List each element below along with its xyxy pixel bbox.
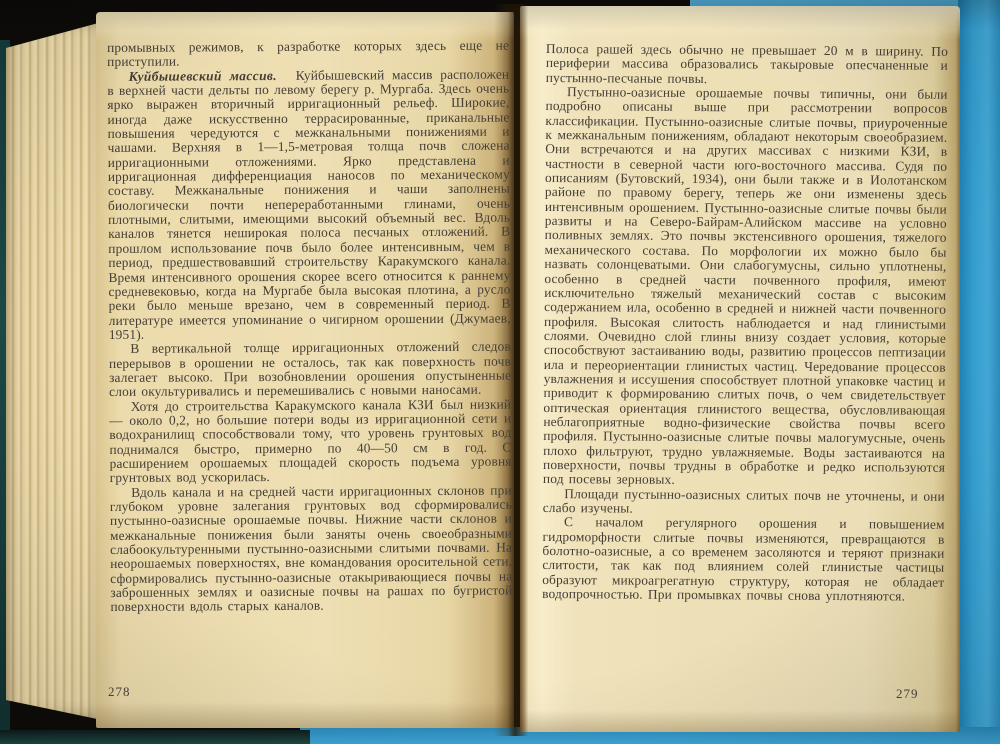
paragraph: В вертикальной толще ирригационных отлож… <box>109 340 511 400</box>
paragraph: Площади пустынно-оазисных слитых почв не… <box>543 487 945 518</box>
book-photo: промывных режимов, к разработке которых … <box>0 0 1000 744</box>
book-cover-right-edge <box>958 0 1000 744</box>
paragraph-body: Куйбышевский массив расположен в верхней… <box>107 66 510 342</box>
right-page-text: Полоса рашей здесь обычно не превышает 2… <box>542 42 948 604</box>
paragraph: Пустынно-оазисные орошаемые почвы типичн… <box>543 85 948 489</box>
paragraph: Хотя до строительства Каракумского канал… <box>109 397 512 486</box>
paragraph: С началом регулярного орошения и повышен… <box>542 515 945 604</box>
paragraph: Вдоль канала и на средней части ирригаци… <box>110 483 513 615</box>
left-page-text: промывных режимов, к разработке которых … <box>107 39 512 615</box>
paragraph-kuybyshev-massif: Куйбышевский массив.Куйбышевский массив … <box>107 67 511 342</box>
book-cover-bottom-shadow <box>0 730 310 744</box>
page-number-left: 278 <box>108 684 131 700</box>
page-edge-stack <box>6 14 102 726</box>
page-number-right: 279 <box>896 686 919 702</box>
paragraph-continuation: промывных режимов, к разработке которых … <box>107 39 509 70</box>
paragraph-continuation: Полоса рашей здесь обычно не превышает 2… <box>546 42 948 88</box>
